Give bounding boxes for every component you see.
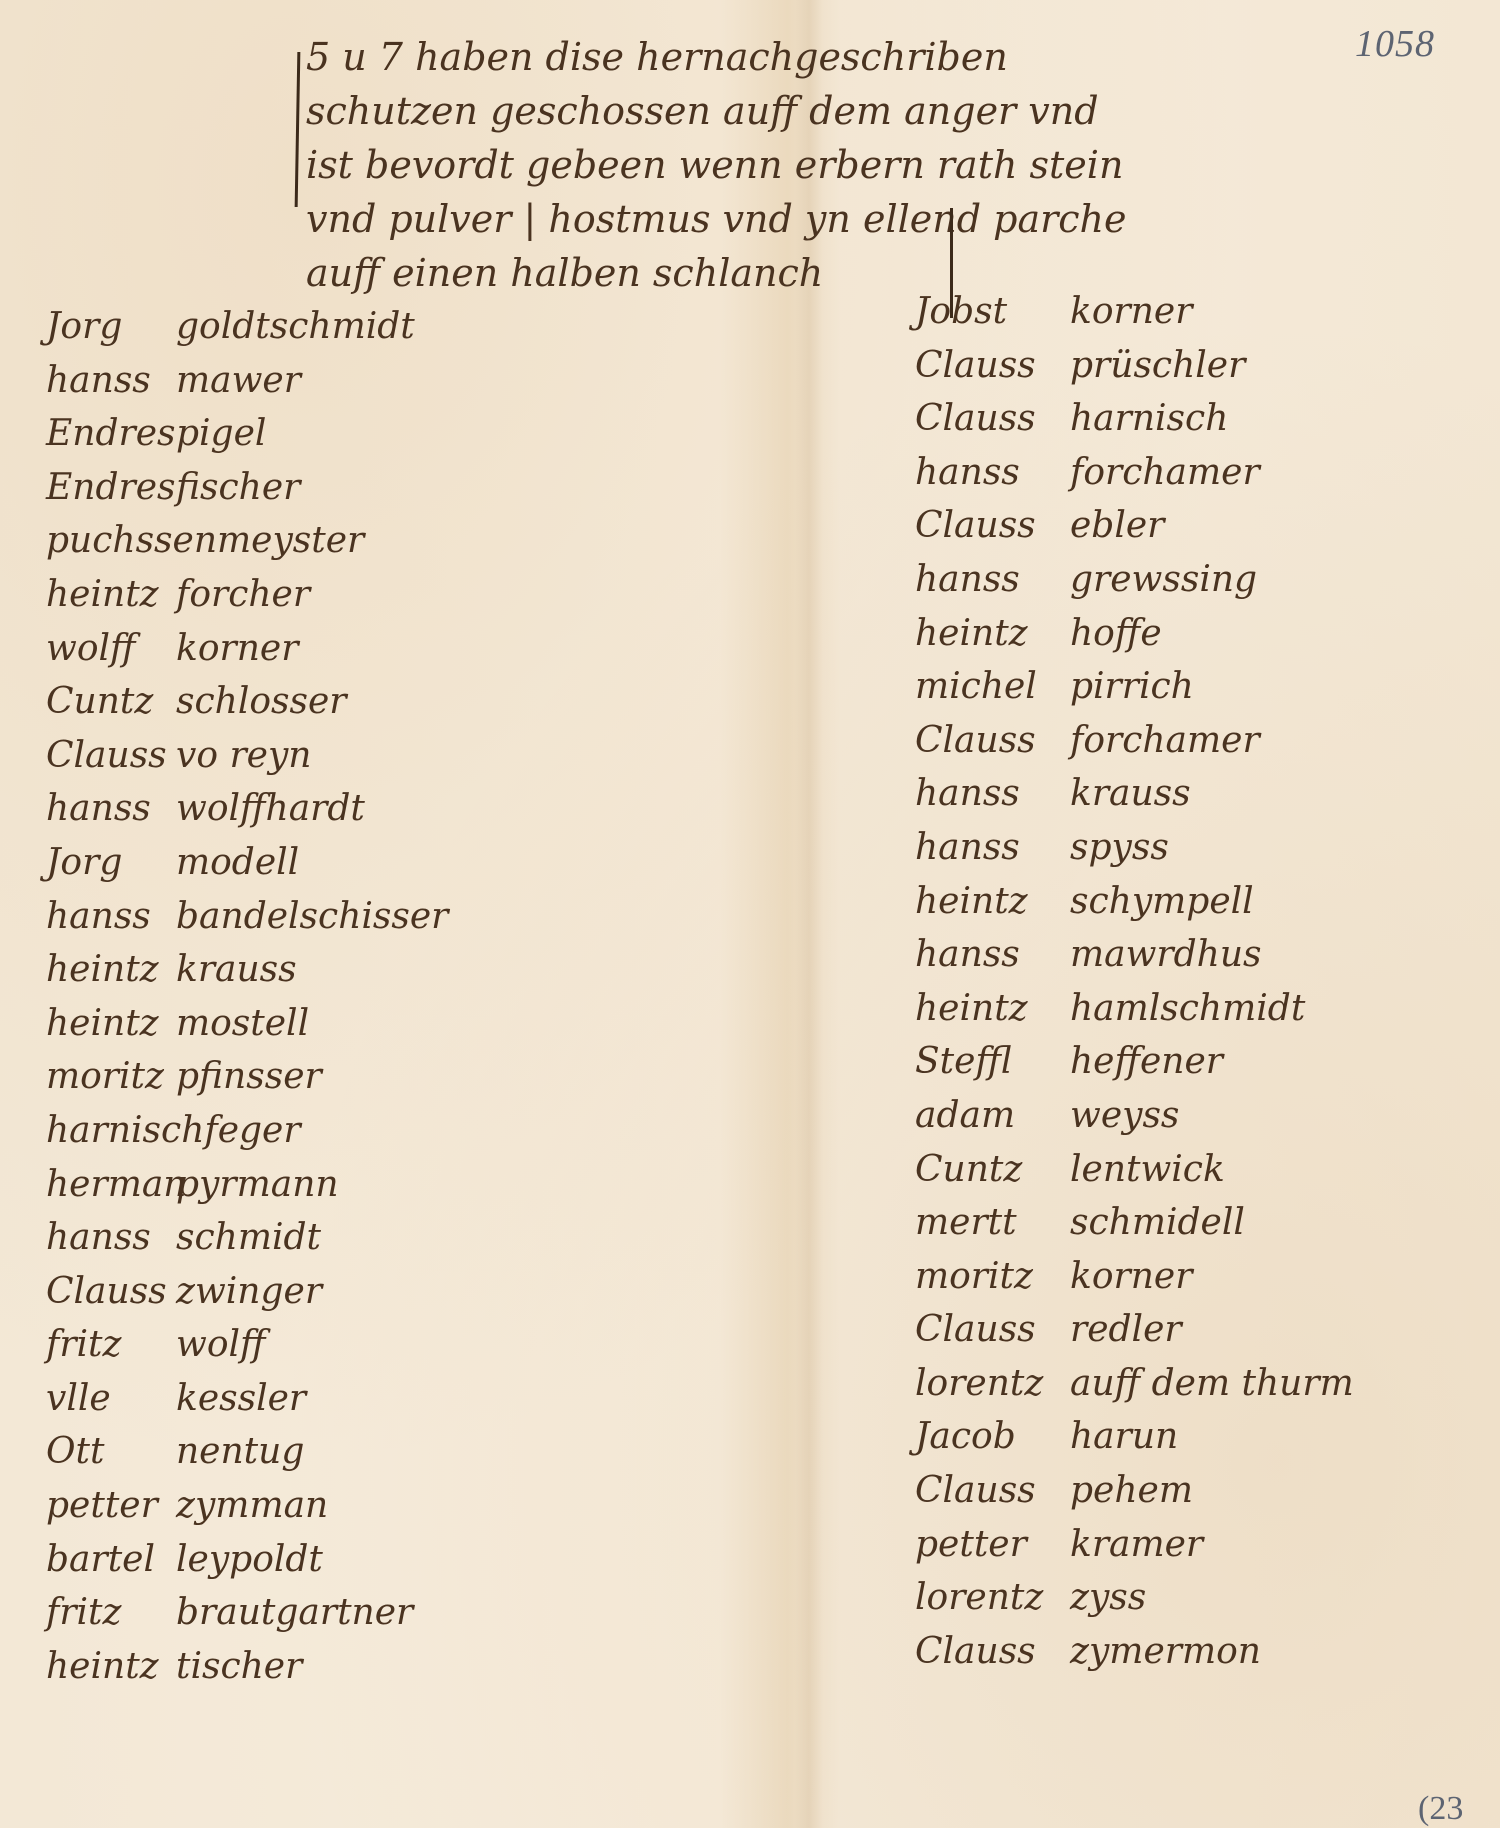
name-entry: hanssspyss — [915, 821, 1354, 875]
name-entry: Claussharnisch — [915, 392, 1354, 446]
name-entry: Jobstkorner — [915, 285, 1354, 339]
given-name: Cuntz — [915, 1143, 1070, 1197]
surname: heffener — [1070, 1035, 1223, 1089]
given-name: hanss — [915, 821, 1070, 875]
name-entry: Endrespigel — [46, 407, 448, 461]
name-entry: heintzforcher — [46, 568, 448, 622]
surname: lentwick — [1070, 1143, 1225, 1197]
given-name: adam — [915, 1089, 1070, 1143]
given-name: hanss — [915, 553, 1070, 607]
given-name: wolff — [46, 622, 176, 676]
given-name: mertt — [915, 1196, 1070, 1250]
given-name: Jacob — [915, 1410, 1070, 1464]
surname: zyss — [1070, 1571, 1146, 1625]
given-name: fritz — [46, 1586, 176, 1640]
name-entry: lorentzauff dem thurm — [915, 1357, 1354, 1411]
surname: grewssing — [1070, 553, 1257, 607]
name-entry: petterzymman — [46, 1479, 448, 1533]
surname: fischer — [176, 461, 300, 515]
name-entry: heintztischer — [46, 1640, 448, 1694]
surname: mawrdhus — [1070, 928, 1262, 982]
name-entry: hermanpyrmann — [46, 1158, 448, 1212]
given-name: Clauss — [46, 1265, 176, 1319]
surname: auff dem thurm — [1070, 1357, 1354, 1411]
surname: ebler — [1070, 499, 1164, 553]
name-entry: heintzhoffe — [915, 607, 1354, 661]
name-entry: bartelleypoldt — [46, 1533, 448, 1587]
given-name: Clauss — [915, 714, 1070, 768]
surname: schmidell — [1070, 1196, 1245, 1250]
heading-paragraph: 5 u 7 haben dise hernachgeschriben schut… — [300, 30, 1310, 300]
name-entry: hanssforchamer — [915, 446, 1354, 500]
surname: schympell — [1070, 875, 1254, 929]
name-entry: Cuntzlentwick — [915, 1143, 1354, 1197]
heading-line: 5 u 7 haben dise hernachgeschriben — [300, 30, 1310, 84]
surname: korner — [1070, 1250, 1192, 1304]
surname: brautgartner — [176, 1586, 413, 1640]
surname: pigel — [176, 407, 266, 461]
surname: tischer — [176, 1640, 302, 1694]
surname: zymermon — [1070, 1625, 1261, 1679]
surname: nentug — [176, 1425, 304, 1479]
name-entry: fritzwolff — [46, 1318, 448, 1372]
given-name: heintz — [46, 943, 176, 997]
given-name: herman — [46, 1158, 176, 1212]
name-entry: hanssschmidt — [46, 1211, 448, 1265]
name-entry: hanssgrewssing — [915, 553, 1354, 607]
name-entry: Cuntzschlosser — [46, 675, 448, 729]
heading-line: vnd pulver | hostmus vnd yn ellend parch… — [300, 192, 1310, 246]
name-entry: harnischfeger — [46, 1104, 448, 1158]
given-name: Clauss — [915, 339, 1070, 393]
given-name: hanss — [915, 928, 1070, 982]
given-name: Clauss — [915, 392, 1070, 446]
surname: korner — [1070, 285, 1192, 339]
name-entry: hansskrauss — [915, 767, 1354, 821]
surname: bandelschisser — [176, 890, 448, 944]
name-entry: fritzbrautgartner — [46, 1586, 448, 1640]
surname: wolffhardt — [176, 782, 365, 836]
surname: pfinsser — [176, 1050, 322, 1104]
given-name: Endres — [46, 407, 176, 461]
name-entry: hansswolffhardt — [46, 782, 448, 836]
given-name: hanss — [46, 782, 176, 836]
given-name: moritz — [915, 1250, 1070, 1304]
given-name: michel — [915, 660, 1070, 714]
name-entry: adamweyss — [915, 1089, 1354, 1143]
given-name: heintz — [46, 1640, 176, 1694]
surname: zymman — [176, 1479, 328, 1533]
surname: krauss — [1070, 767, 1191, 821]
name-entry: petterkramer — [915, 1518, 1354, 1572]
given-name: Steffl — [915, 1035, 1070, 1089]
given-name: hanss — [915, 446, 1070, 500]
surname: hamlschmidt — [1070, 982, 1305, 1036]
surname: weyss — [1070, 1089, 1179, 1143]
name-entry: heintzschympell — [915, 875, 1354, 929]
surname: puchssenmeyster — [46, 514, 364, 568]
surname: forcher — [176, 568, 310, 622]
surname: kessler — [176, 1372, 306, 1426]
given-name: bartel — [46, 1533, 176, 1587]
given-name: Jobst — [915, 285, 1070, 339]
surname: forchamer — [1070, 446, 1260, 500]
surname: schlosser — [176, 675, 346, 729]
surname: pehem — [1070, 1464, 1193, 1518]
heading-line: ist bevordt gebeen wenn erbern rath stei… — [300, 138, 1310, 192]
surname: vo reyn — [176, 729, 312, 783]
given-name: Jorg — [46, 300, 176, 354]
name-entry: vllekessler — [46, 1372, 448, 1426]
name-entry: Clausspehem — [915, 1464, 1354, 1518]
given-name: hanss — [46, 890, 176, 944]
given-name: Clauss — [915, 1464, 1070, 1518]
surname: spyss — [1070, 821, 1169, 875]
given-name: Clauss — [915, 1303, 1070, 1357]
given-name: moritz — [46, 1050, 176, 1104]
right-name-column: Jobstkorner Claussprüschler Claussharnis… — [915, 285, 1354, 1678]
given-name: Ott — [46, 1425, 176, 1479]
given-name: Cuntz — [46, 675, 176, 729]
given-name: hanss — [46, 354, 176, 408]
name-entry: Clausszwinger — [46, 1265, 448, 1319]
surname: krauss — [176, 943, 297, 997]
folio-number: 1058 — [1355, 22, 1435, 66]
name-entry: Stefflheffener — [915, 1035, 1354, 1089]
name-entry: heintzhamlschmidt — [915, 982, 1354, 1036]
name-entry: hanssmawrdhus — [915, 928, 1354, 982]
given-name: Clauss — [46, 729, 176, 783]
given-name: hanss — [915, 767, 1070, 821]
name-entry: Claussredler — [915, 1303, 1354, 1357]
surname: harnisch — [1070, 392, 1228, 446]
name-entry: heintzmostell — [46, 997, 448, 1051]
name-entry: michelpirrich — [915, 660, 1354, 714]
given-name: Endres — [46, 461, 176, 515]
surname: redler — [1070, 1303, 1182, 1357]
given-name: heintz — [915, 982, 1070, 1036]
given-name: lorentz — [915, 1357, 1070, 1411]
surname: goldtschmidt — [176, 300, 415, 354]
given-name: fritz — [46, 1318, 176, 1372]
given-name: harnischfeger — [46, 1104, 301, 1158]
name-entry: Jacobharun — [915, 1410, 1354, 1464]
surname: mostell — [176, 997, 309, 1051]
surname: hoffe — [1070, 607, 1162, 661]
given-name: heintz — [46, 568, 176, 622]
name-entry: Claussebler — [915, 499, 1354, 553]
given-name: vlle — [46, 1372, 176, 1426]
archive-stamp: (23 — [1418, 1790, 1463, 1828]
surname: wolff — [176, 1318, 266, 1372]
name-entry: puchssenmeyster — [46, 514, 448, 568]
given-name: lorentz — [915, 1571, 1070, 1625]
surname: pyrmann — [176, 1158, 339, 1212]
surname: kramer — [1070, 1518, 1203, 1572]
name-entry: merttschmidell — [915, 1196, 1354, 1250]
name-entry: Endresfischer — [46, 461, 448, 515]
given-name: heintz — [46, 997, 176, 1051]
given-name: petter — [915, 1518, 1070, 1572]
given-name: heintz — [915, 607, 1070, 661]
manuscript-page: 1058 5 u 7 haben dise hernachgeschriben … — [0, 0, 1500, 1828]
surname: forchamer — [1070, 714, 1260, 768]
given-name: Clauss — [915, 1625, 1070, 1679]
given-name: heintz — [915, 875, 1070, 929]
surname: modell — [176, 836, 299, 890]
surname: prüschler — [1070, 339, 1245, 393]
surname: schmidt — [176, 1211, 321, 1265]
surname: zwinger — [176, 1265, 322, 1319]
name-entry: Clausszymermon — [915, 1625, 1354, 1679]
given-name: Clauss — [915, 499, 1070, 553]
surname: korner — [176, 622, 298, 676]
surname: pirrich — [1070, 660, 1194, 714]
name-entry: Jorggoldtschmidt — [46, 300, 448, 354]
surname: leypoldt — [176, 1533, 323, 1587]
name-entry: moritzkorner — [915, 1250, 1354, 1304]
name-entry: lorentzzyss — [915, 1571, 1354, 1625]
surname: mawer — [176, 354, 301, 408]
name-entry: hanssmawer — [46, 354, 448, 408]
surname: harun — [1070, 1410, 1178, 1464]
name-entry: Claussforchamer — [915, 714, 1354, 768]
heading-line: schutzen geschossen auff dem anger vnd — [300, 84, 1310, 138]
name-entry: Claussprüschler — [915, 339, 1354, 393]
name-entry: Jorgmodell — [46, 836, 448, 890]
name-entry: Ottnentug — [46, 1425, 448, 1479]
left-name-column: Jorggoldtschmidt hanssmawer Endrespigel … — [46, 300, 448, 1693]
given-name: Jorg — [46, 836, 176, 890]
name-entry: Claussvo reyn — [46, 729, 448, 783]
name-entry: moritzpfinsser — [46, 1050, 448, 1104]
name-entry: wolffkorner — [46, 622, 448, 676]
given-name: hanss — [46, 1211, 176, 1265]
name-entry: hanssbandelschisser — [46, 890, 448, 944]
name-entry: heintzkrauss — [46, 943, 448, 997]
given-name: petter — [46, 1479, 176, 1533]
